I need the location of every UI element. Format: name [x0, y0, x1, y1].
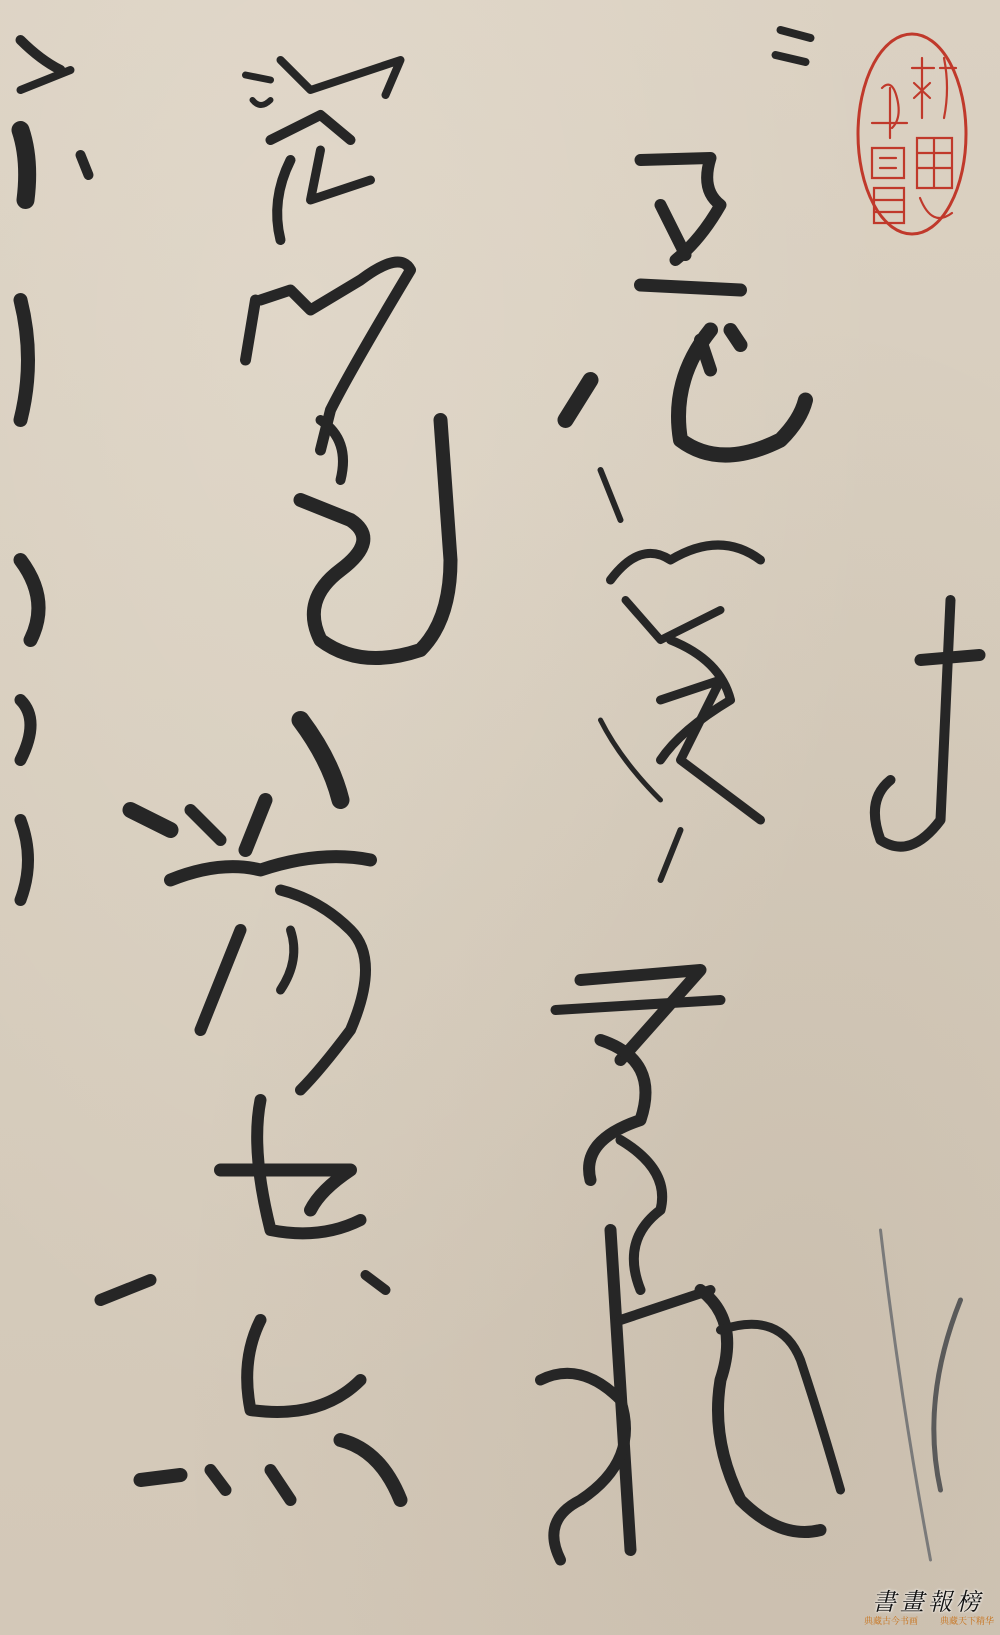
middle-column-strokes: [101, 60, 451, 1500]
site-watermark: 書畫報榜 典藏古今书画 典藏天下精华: [862, 1580, 1000, 1635]
edge-right-strokes: [875, 600, 980, 1560]
right-column-strokes: [541, 30, 841, 1560]
watermark-title: 書畫報榜: [872, 1582, 984, 1617]
left-column-strokes: [21, 40, 89, 900]
watermark-subtitle-right: 典藏天下精华: [940, 1614, 994, 1627]
red-seal-stamp: [852, 28, 970, 240]
calligraphy-artwork: [0, 0, 1000, 1635]
watermark-subtitle-left: 典藏古今书画: [864, 1614, 918, 1627]
